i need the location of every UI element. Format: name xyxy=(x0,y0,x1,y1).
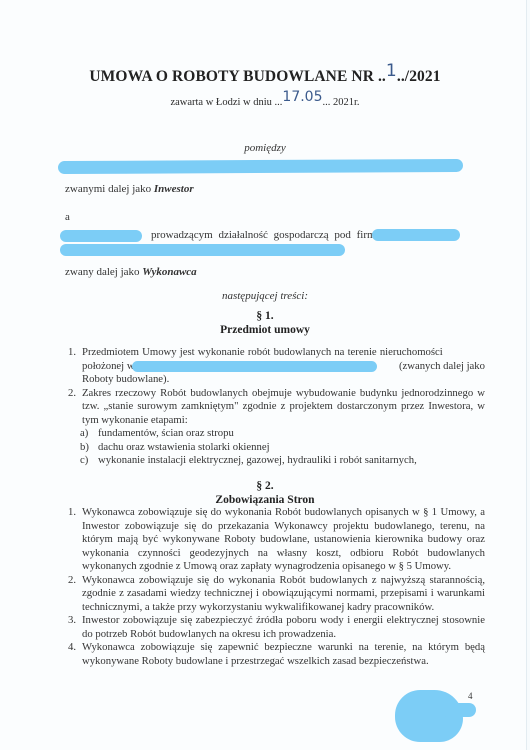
subitem-letter: b) xyxy=(80,441,89,455)
following-content-label: następującej treści: xyxy=(0,290,530,302)
subitem-text: dachu oraz wstawienia stolarki okiennej xyxy=(98,441,270,453)
item-1-line-1: Przedmiotem Umowy jest wykonanie robót b… xyxy=(82,346,485,360)
redaction-signature-tail xyxy=(440,703,476,717)
redaction-company-address xyxy=(60,244,345,256)
section-1-item-1: 1. Przedmiotem Umowy jest wykonanie robó… xyxy=(60,346,485,387)
contractor-label: Wykonawca xyxy=(142,266,196,278)
item-text: Inwestor zobowiązuje się zabezpieczyć źr… xyxy=(82,614,485,641)
section-2-item-4: 4. Wykonawca zobowiązuje się zapewnić be… xyxy=(60,641,485,668)
title-suffix: ../2021 xyxy=(397,68,441,85)
contract-date-line: zawarta w Łodzi w dniu ...17.05... 2021r… xyxy=(0,93,530,109)
item-number: 1. xyxy=(68,506,76,520)
item-1-line-2: położonej w (zwanych dalej jako xyxy=(82,360,485,374)
section-1-list: 1. Przedmiotem Umowy jest wykonanie robó… xyxy=(60,346,485,468)
section-1-item-2: 2. Zakres rzeczowy Robót budowlanych obe… xyxy=(60,387,485,428)
redaction-contractor-name xyxy=(60,230,142,242)
section-1-number: § 1. xyxy=(0,310,530,322)
location-prefix: położonej w xyxy=(82,360,135,372)
section-2-item-2: 2. Wykonawca zobowiązuje się do wykonani… xyxy=(60,574,485,615)
handwritten-date: 17.05 xyxy=(282,89,322,105)
and-label: a xyxy=(65,211,70,223)
title-prefix: UMOWA O ROBOTY BUDOWLANE NR .. xyxy=(89,68,386,85)
subitem-text: fundamentów, ścian oraz stropu xyxy=(98,427,234,439)
subitem-letter: a) xyxy=(80,427,88,441)
section-1-subitem-b: b) dachu oraz wstawienia stolarki okienn… xyxy=(60,441,485,455)
item-number: 3. xyxy=(68,614,76,628)
between-label: pomiędzy xyxy=(0,142,530,154)
contractor-business-text: prowadzącym działalność gospodarczą pod … xyxy=(151,229,380,241)
item-2-text: Zakres rzeczowy Robót budowlanych obejmu… xyxy=(82,387,485,428)
redaction-company-name xyxy=(372,229,460,241)
investor-label: Inwestor xyxy=(154,183,194,195)
section-1-title: Przedmiot umowy xyxy=(0,324,530,336)
investor-prefix: zwanymi dalej jako xyxy=(65,183,154,195)
date-suffix: ... 2021r. xyxy=(323,97,360,108)
investor-definition: zwanymi dalej jako Inwestor xyxy=(65,183,194,195)
section-2-item-1: 1. Wykonawca zobowiązuje się do wykonani… xyxy=(60,506,485,574)
subitem-text: wykonanie instalacji elektrycznej, gazow… xyxy=(98,454,417,466)
section-2-title: Zobowiązania Stron xyxy=(0,494,530,506)
handwritten-contract-number: 1 xyxy=(386,61,397,81)
contract-title: UMOWA O ROBOTY BUDOWLANE NR ..1../2021 xyxy=(0,66,530,86)
contractor-definition: zwany dalej jako Wykonawca xyxy=(65,266,197,278)
item-number: 2. xyxy=(68,387,76,401)
item-1-line-3: Roboty budowlane). xyxy=(82,373,485,387)
contractor-prefix: zwany dalej jako xyxy=(65,266,142,278)
item-number: 2. xyxy=(68,574,76,588)
item-text: Wykonawca zobowiązuje się zapewnić bezpi… xyxy=(82,641,485,668)
section-2-number: § 2. xyxy=(0,480,530,492)
document-page: UMOWA O ROBOTY BUDOWLANE NR ..1../2021 z… xyxy=(0,0,527,750)
item-text: Wykonawca zobowiązuje się do wykonania R… xyxy=(82,574,485,615)
redaction-investor xyxy=(58,159,463,174)
section-1-subitem-a: a) fundamentów, ścian oraz stropu xyxy=(60,427,485,441)
date-prefix: zawarta w Łodzi w dniu ... xyxy=(170,97,282,108)
section-2-item-3: 3. Inwestor zobowiązuje się zabezpieczyć… xyxy=(60,614,485,641)
item-number: 4. xyxy=(68,641,76,655)
section-2-list: 1. Wykonawca zobowiązuje się do wykonani… xyxy=(60,506,485,668)
location-suffix: (zwanych dalej jako xyxy=(399,360,485,374)
section-1-subitem-c: c) wykonanie instalacji elektrycznej, ga… xyxy=(60,454,485,468)
redaction-property-location xyxy=(132,361,377,372)
item-text: Wykonawca zobowiązuje się do wykonania R… xyxy=(82,506,485,574)
item-number: 1. xyxy=(68,346,76,360)
page-number: 4 xyxy=(468,691,473,701)
subitem-letter: c) xyxy=(80,454,88,468)
